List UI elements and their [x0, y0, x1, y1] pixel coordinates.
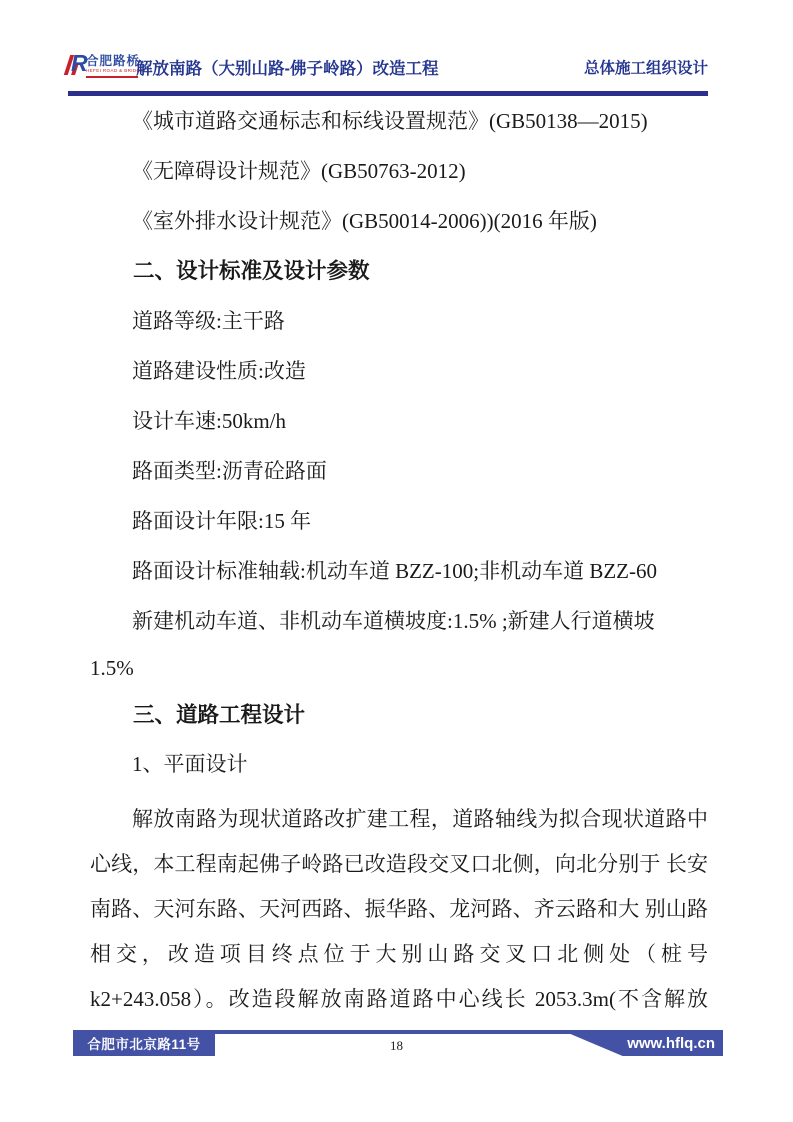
reference-line: 《无障碍设计规范》(GB50763-2012)	[90, 146, 708, 196]
paragraph-line: k2+243.058）。改造段解放南路道路中心线长 2053.3m(不含解放	[90, 977, 708, 1022]
param-line: 路面类型:沥青砼路面	[90, 446, 708, 496]
logo-r-letter: R	[71, 50, 88, 76]
section-heading-3: 三、道路工程设计	[90, 691, 708, 739]
document-body: 《城市道路交通标志和标线设置规范》(GB50138—2015) 《无障碍设计规范…	[90, 96, 708, 1022]
hefei-road-bridge-logo: R 合肥路桥 HEFEI ROAD & BRIDGE	[66, 54, 132, 80]
reference-line: 《城市道路交通标志和标线设置规范》(GB50138—2015)	[90, 96, 708, 146]
paragraph-line: 心线，本工程南起佛子岭路已改造段交叉口北侧，向北分别于 长安	[90, 842, 708, 887]
param-line-wrapped-2: 1.5%	[90, 646, 708, 691]
param-line: 道路建设性质:改造	[90, 346, 708, 396]
reference-line: 《室外排水设计规范》(GB50014-2006))(2016 年版)	[90, 196, 708, 246]
document-type-label: 总体施工组织设计	[584, 54, 708, 84]
paragraph-line: 相交，改造项目终点位于大别山路交叉口北侧处（桩号	[90, 932, 708, 977]
plane-design-paragraph: 解放南路为现状道路改扩建工程，道路轴线为拟合现状道路中 心线，本工程南起佛子岭路…	[90, 797, 708, 1022]
paragraph-line: 解放南路为现状道路改扩建工程，道路轴线为拟合现状道路中	[90, 797, 708, 842]
param-line-wrapped-1: 新建机动车道、非机动车道横坡度:1.5% ;新建人行道横坡	[90, 596, 708, 646]
section-heading-2: 二、设计标准及设计参数	[90, 246, 708, 296]
param-line: 道路等级:主干路	[90, 296, 708, 346]
paragraph-line: 南路、天河东路、天河西路、振华路、龙河路、齐云路和大 别山路	[90, 887, 708, 932]
document-page: R 合肥路桥 HEFEI ROAD & BRIDGE 解放南路（大别山路-佛子岭…	[0, 0, 793, 1122]
page-number: 18	[0, 1038, 793, 1054]
logo-underline	[86, 76, 138, 78]
page-header: R 合肥路桥 HEFEI ROAD & BRIDGE 解放南路（大别山路-佛子岭…	[66, 54, 708, 84]
project-title: 解放南路（大别山路-佛子岭路）改造工程	[136, 54, 439, 84]
param-line: 路面设计年限:15 年	[90, 496, 708, 546]
param-line: 路面设计标准轴载:机动车道 BZZ-100;非机动车道 BZZ-60	[90, 546, 708, 596]
subsection-heading: 1、平面设计	[90, 739, 708, 789]
logo-r-icon: R	[66, 54, 83, 80]
param-line: 设计车速:50km/h	[90, 396, 708, 446]
